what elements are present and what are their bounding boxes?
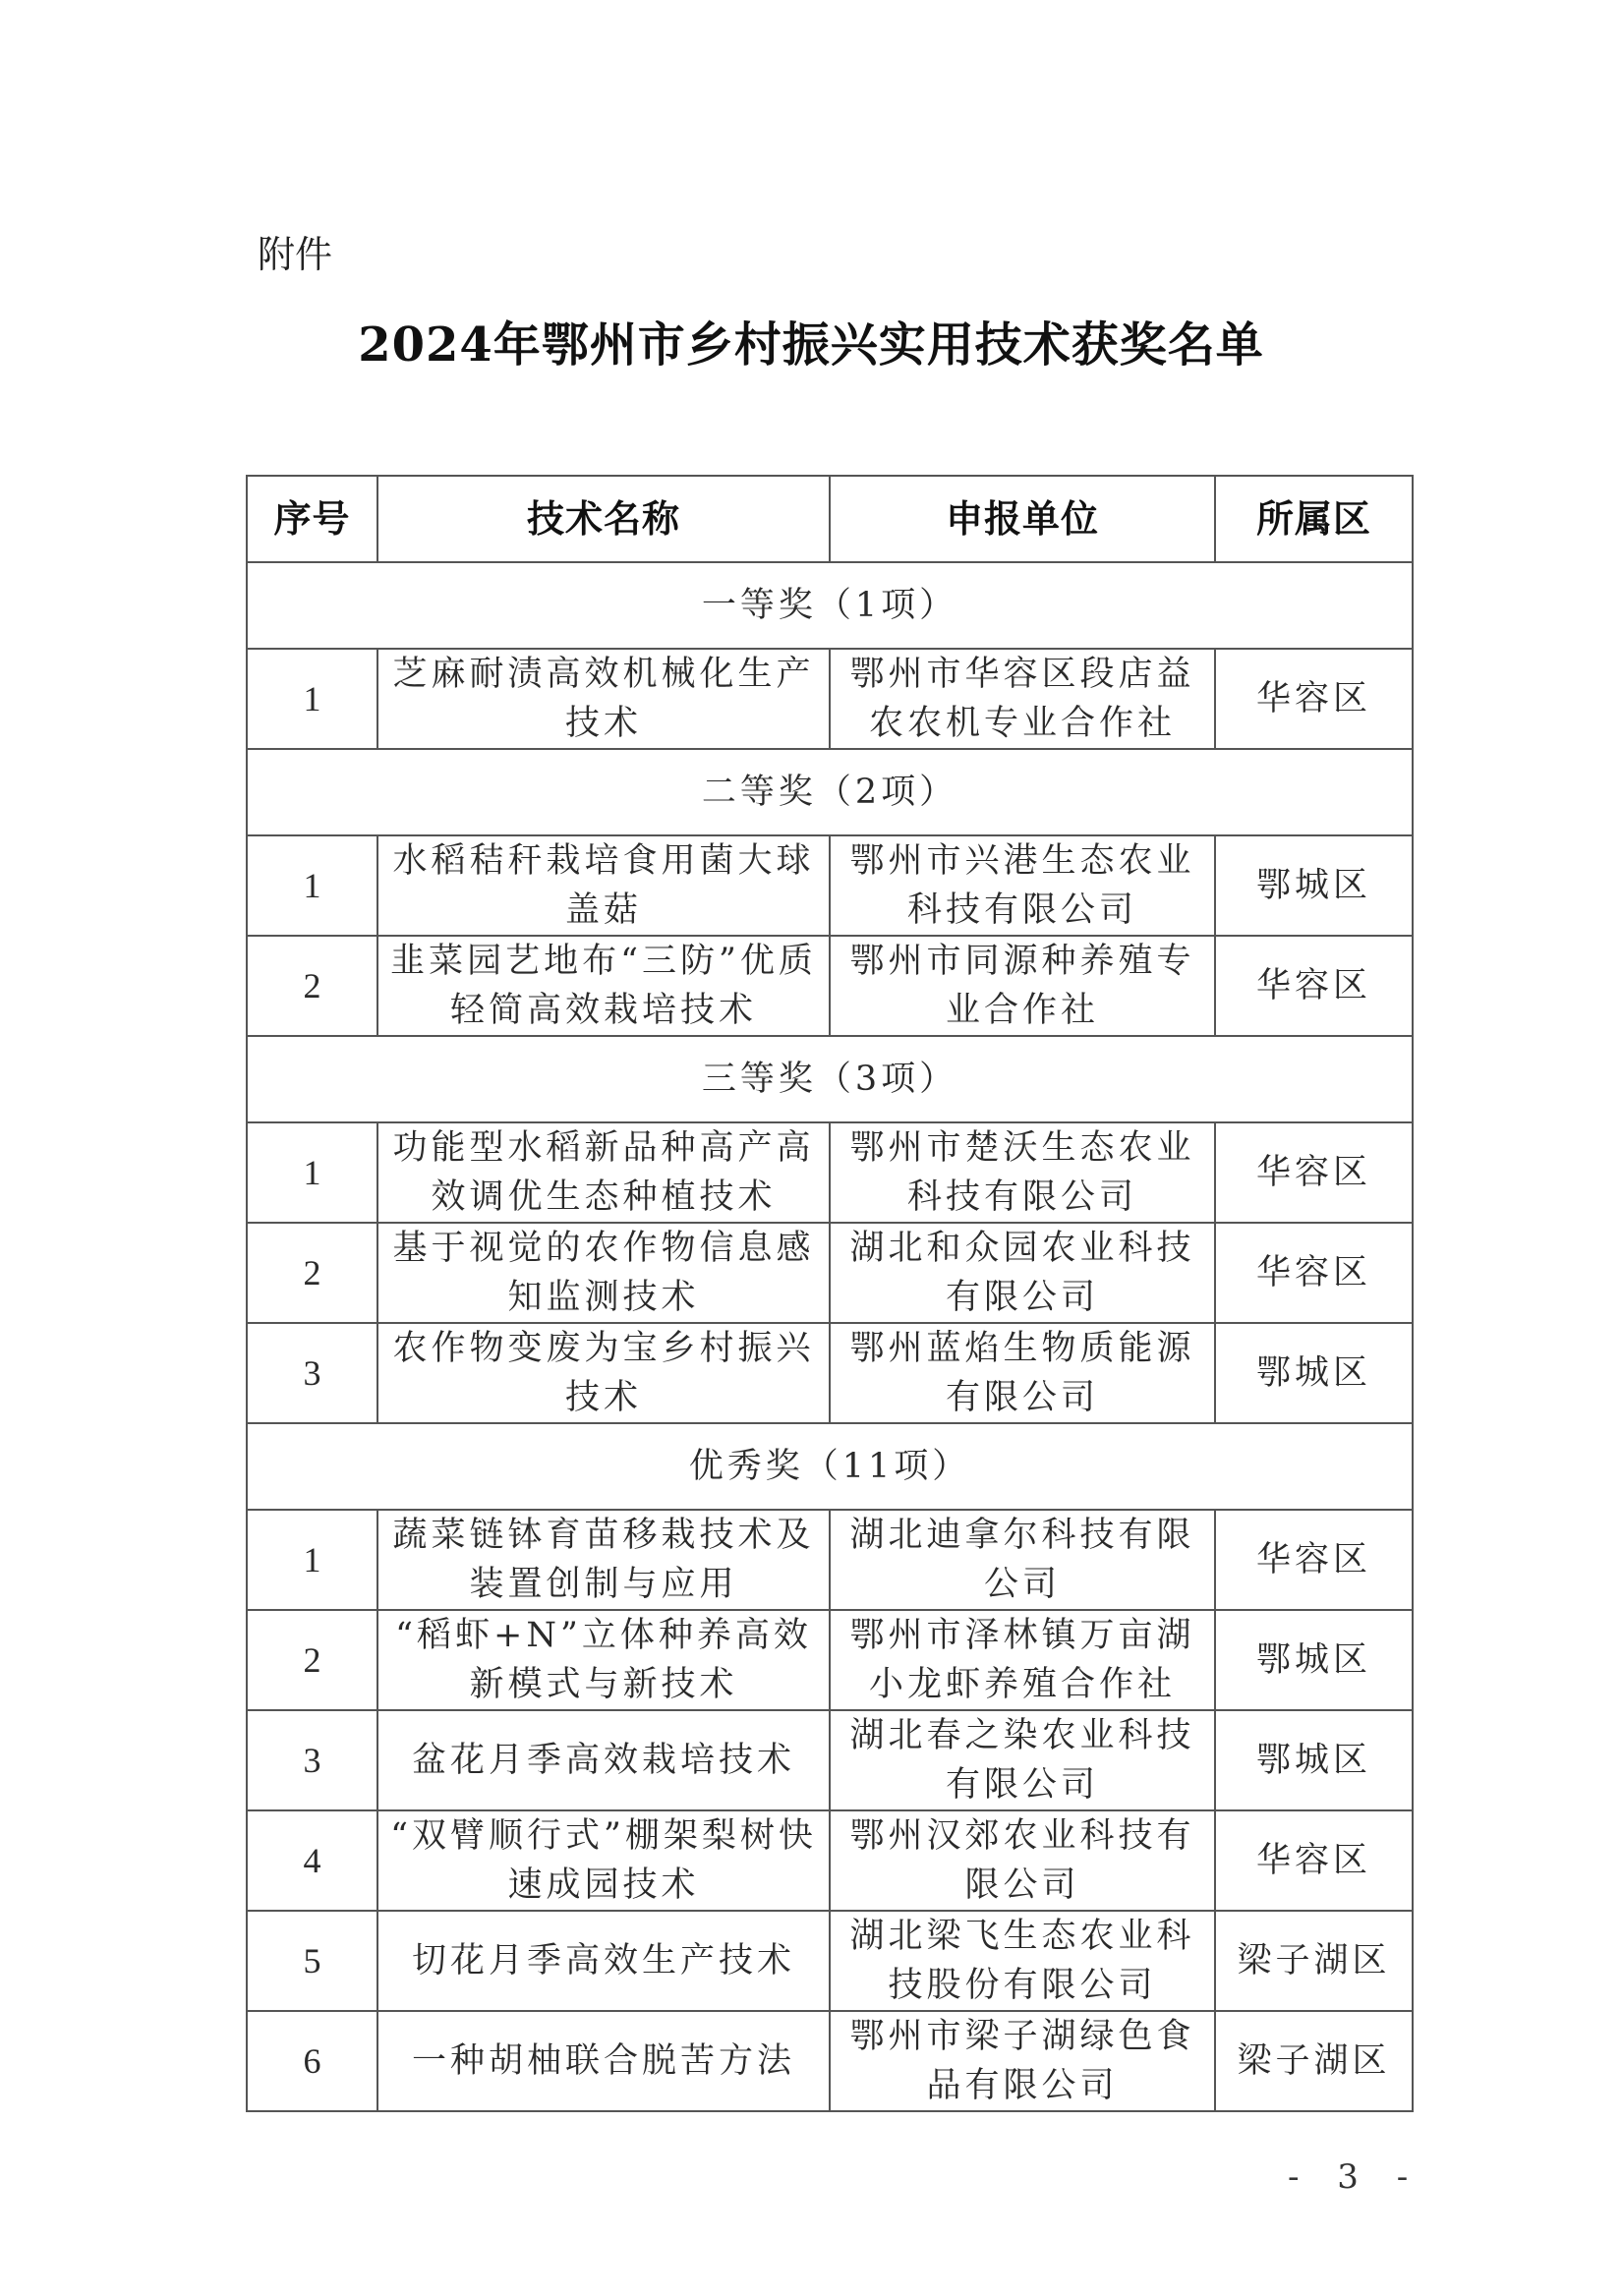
section-excellence-prize: 优秀奖（11项） xyxy=(247,1423,1413,1510)
cell-unit: 鄂州市泽林镇万亩湖小龙虾养殖合作社 xyxy=(830,1610,1215,1710)
cell-tech: “稻虾+N”立体种养高效新模式与新技术 xyxy=(377,1610,830,1710)
cell-unit: 湖北春之染农业科技有限公司 xyxy=(830,1710,1215,1810)
cell-no: 2 xyxy=(247,1610,377,1710)
cell-no: 2 xyxy=(247,936,377,1036)
table-row: 1 蔬菜链钵育苗移栽技术及装置创制与应用 湖北迪拿尔科技有限公司 华容区 xyxy=(247,1510,1413,1610)
cell-no: 1 xyxy=(247,649,377,749)
cell-no: 2 xyxy=(247,1223,377,1323)
section-second-prize: 二等奖（2项） xyxy=(247,749,1413,835)
cell-unit: 湖北迪拿尔科技有限公司 xyxy=(830,1510,1215,1610)
table-row: 1 芝麻耐渍高效机械化生产技术 鄂州市华容区段店益农农机专业合作社 华容区 xyxy=(247,649,1413,749)
cell-tech: 农作物变废为宝乡村振兴技术 xyxy=(377,1323,830,1423)
cell-tech: 水稻秸秆栽培食用菌大球盖菇 xyxy=(377,835,830,936)
cell-no: 1 xyxy=(247,835,377,936)
cell-tech: “双臂顺行式”棚架梨树快速成园技术 xyxy=(377,1810,830,1911)
cell-no: 3 xyxy=(247,1323,377,1423)
cell-unit: 鄂州市同源种养殖专业合作社 xyxy=(830,936,1215,1036)
section-label: 优秀奖（11项） xyxy=(247,1423,1413,1510)
cell-district: 华容区 xyxy=(1215,1122,1413,1223)
page-number: - 3 - xyxy=(1288,2157,1421,2197)
cell-unit: 湖北梁飞生态农业科技股份有限公司 xyxy=(830,1911,1215,2011)
cell-district: 鄂城区 xyxy=(1215,1710,1413,1810)
attachment-label: 附件 xyxy=(258,224,332,278)
table-row: 2 “稻虾+N”立体种养高效新模式与新技术 鄂州市泽林镇万亩湖小龙虾养殖合作社 … xyxy=(247,1610,1413,1710)
table-row: 3 农作物变废为宝乡村振兴技术 鄂州蓝焰生物质能源有限公司 鄂城区 xyxy=(247,1323,1413,1423)
cell-unit: 鄂州市楚沃生态农业科技有限公司 xyxy=(830,1122,1215,1223)
cell-district: 梁子湖区 xyxy=(1215,2011,1413,2111)
section-first-prize: 一等奖（1项） xyxy=(247,562,1413,649)
cell-district: 华容区 xyxy=(1215,649,1413,749)
section-label: 二等奖（2项） xyxy=(247,749,1413,835)
table-row: 1 功能型水稻新品种高产高效调优生态种植技术 鄂州市楚沃生态农业科技有限公司 华… xyxy=(247,1122,1413,1223)
table-header-row: 序号 技术名称 申报单位 所属区 xyxy=(247,476,1413,562)
cell-tech: 基于视觉的农作物信息感知监测技术 xyxy=(377,1223,830,1323)
table-row: 4 “双臂顺行式”棚架梨树快速成园技术 鄂州汉郊农业科技有限公司 华容区 xyxy=(247,1810,1413,1911)
cell-district: 华容区 xyxy=(1215,1810,1413,1911)
section-label: 三等奖（3项） xyxy=(247,1036,1413,1122)
cell-no: 3 xyxy=(247,1710,377,1810)
header-district: 所属区 xyxy=(1215,476,1413,562)
table-row: 6 一种胡柚联合脱苦方法 鄂州市梁子湖绿色食品有限公司 梁子湖区 xyxy=(247,2011,1413,2111)
cell-tech: 韭菜园艺地布“三防”优质轻简高效栽培技术 xyxy=(377,936,830,1036)
table-row: 2 韭菜园艺地布“三防”优质轻简高效栽培技术 鄂州市同源种养殖专业合作社 华容区 xyxy=(247,936,1413,1036)
cell-unit: 湖北和众园农业科技有限公司 xyxy=(830,1223,1215,1323)
cell-unit: 鄂州市兴港生态农业科技有限公司 xyxy=(830,835,1215,936)
cell-unit: 鄂州汉郊农业科技有限公司 xyxy=(830,1810,1215,1911)
cell-district: 华容区 xyxy=(1215,936,1413,1036)
table-row: 2 基于视觉的农作物信息感知监测技术 湖北和众园农业科技有限公司 华容区 xyxy=(247,1223,1413,1323)
cell-district: 鄂城区 xyxy=(1215,835,1413,936)
header-tech: 技术名称 xyxy=(377,476,830,562)
table-row: 1 水稻秸秆栽培食用菌大球盖菇 鄂州市兴港生态农业科技有限公司 鄂城区 xyxy=(247,835,1413,936)
cell-no: 4 xyxy=(247,1810,377,1911)
header-no: 序号 xyxy=(247,476,377,562)
cell-tech: 一种胡柚联合脱苦方法 xyxy=(377,2011,830,2111)
cell-no: 6 xyxy=(247,2011,377,2111)
cell-no: 1 xyxy=(247,1122,377,1223)
cell-no: 1 xyxy=(247,1510,377,1610)
section-label: 一等奖（1项） xyxy=(247,562,1413,649)
cell-no: 5 xyxy=(247,1911,377,2011)
cell-district: 鄂城区 xyxy=(1215,1610,1413,1710)
award-table: 序号 技术名称 申报单位 所属区 一等奖（1项） 1 芝麻耐渍高效机械化生产技术… xyxy=(246,475,1414,2112)
cell-unit: 鄂州市华容区段店益农农机专业合作社 xyxy=(830,649,1215,749)
cell-tech: 蔬菜链钵育苗移栽技术及装置创制与应用 xyxy=(377,1510,830,1610)
page-title: 2024年鄂州市乡村振兴实用技术获奖名单 xyxy=(0,307,1622,374)
cell-district: 鄂城区 xyxy=(1215,1323,1413,1423)
header-unit: 申报单位 xyxy=(830,476,1215,562)
table-row: 5 切花月季高效生产技术 湖北梁飞生态农业科技股份有限公司 梁子湖区 xyxy=(247,1911,1413,2011)
cell-district: 华容区 xyxy=(1215,1223,1413,1323)
cell-unit: 鄂州市梁子湖绿色食品有限公司 xyxy=(830,2011,1215,2111)
table-row: 3 盆花月季高效栽培技术 湖北春之染农业科技有限公司 鄂城区 xyxy=(247,1710,1413,1810)
cell-district: 梁子湖区 xyxy=(1215,1911,1413,2011)
section-third-prize: 三等奖（3项） xyxy=(247,1036,1413,1122)
cell-tech: 芝麻耐渍高效机械化生产技术 xyxy=(377,649,830,749)
cell-tech: 功能型水稻新品种高产高效调优生态种植技术 xyxy=(377,1122,830,1223)
cell-district: 华容区 xyxy=(1215,1510,1413,1610)
cell-tech: 切花月季高效生产技术 xyxy=(377,1911,830,2011)
cell-unit: 鄂州蓝焰生物质能源有限公司 xyxy=(830,1323,1215,1423)
cell-tech: 盆花月季高效栽培技术 xyxy=(377,1710,830,1810)
